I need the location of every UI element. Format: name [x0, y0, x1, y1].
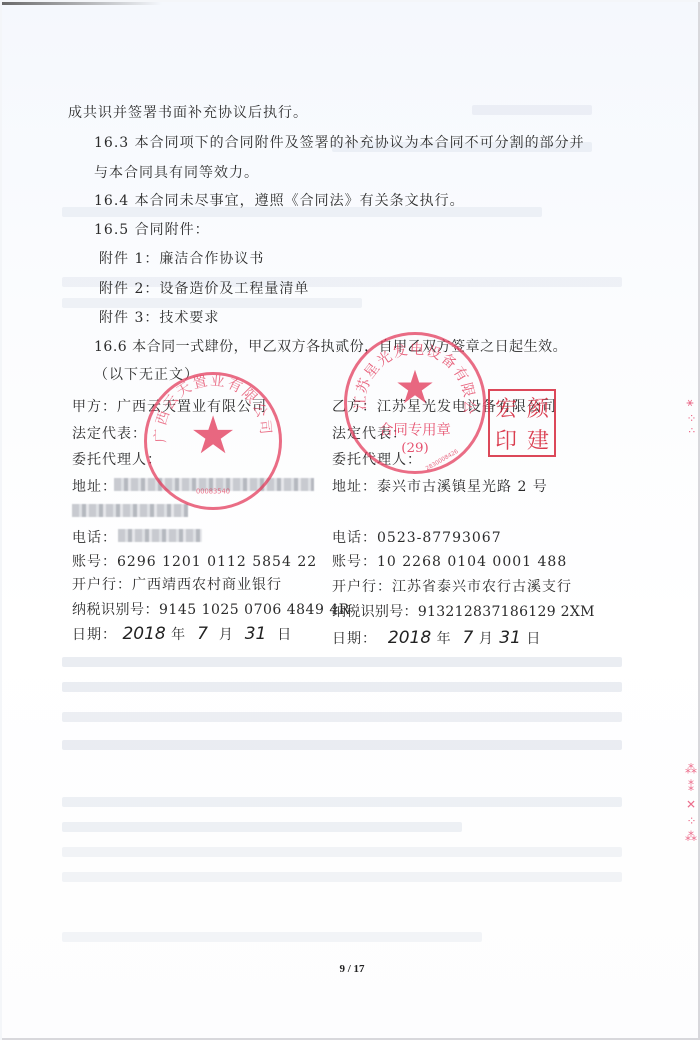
party-a-address-label: 地址：: [72, 476, 117, 496]
star-icon: ★: [394, 360, 435, 414]
party-a-account: 账号：6296 1201 0112 5854 22: [72, 551, 317, 571]
party-a-company-seal: 广西云天置业有限公司 00083540 ★: [144, 372, 282, 510]
handwritten-month: 7: [197, 624, 208, 644]
party-b-bank: 开户行：江苏省泰兴市农行古溪支行: [332, 576, 572, 596]
star-icon: ★: [190, 406, 237, 466]
clause-continuation: 成共识并签署书面补充协议后执行。: [68, 102, 308, 122]
bleed-through-text: [62, 847, 622, 857]
party-a-phone-redacted: [118, 529, 202, 542]
bleed-through-text: [62, 797, 622, 807]
handwritten-year: 2018: [388, 628, 431, 648]
bleed-through-text: [472, 105, 592, 115]
party-b-contract-seal: 江苏星光发电设备有限公司 合同专用章 (29) 2830008426 ★: [344, 332, 486, 474]
clause-16-6: 16.6 本合同一式肆份，甲乙双方各执贰份，自甲乙双方签章之日起生效。: [94, 336, 567, 356]
party-a-legal-rep: 法定代表：: [72, 423, 147, 443]
clause-16-5: 16.5 合同附件：: [94, 219, 210, 239]
handwritten-year: 2018: [122, 624, 165, 644]
clause-16-4: 16.4 本合同未尽事宜，遵照《合同法》有关条文执行。: [94, 190, 465, 210]
bleed-through-text: [62, 932, 482, 942]
party-b-address: 地址：泰兴市古溪镇星光路 2 号: [332, 476, 548, 496]
handwritten-day: 31: [245, 624, 267, 644]
party-a-bank: 开户行：广西靖西农村商业银行: [72, 574, 282, 594]
svg-text:合同专用章: 合同专用章: [379, 421, 451, 439]
svg-text:2830008426: 2830008426: [425, 449, 460, 471]
attachment-1: 附件 1：廉洁合作协议书: [99, 248, 264, 268]
clause-16-3-cont: 与本合同具有同等效力。: [94, 162, 259, 182]
seam-seal-fragment: ⚹ ⁘ ⁖: [682, 397, 698, 487]
party-a-tax-id: 纳税识别号：9145 1025 0706 4849 4R: [72, 599, 350, 619]
page-number: 9 / 17: [2, 963, 700, 975]
bleed-through-text: [62, 657, 622, 667]
scan-edge-shadow: [2, 2, 162, 5]
bleed-through-text: [62, 872, 622, 882]
attachment-2: 附件 2：设备造价及工程量清单: [99, 278, 309, 298]
svg-text:00083540: 00083540: [196, 488, 230, 496]
party-a-date: 日期： 2018 年 7 月 31 日: [72, 624, 292, 644]
party-b-account: 账号：10 2268 0104 0001 488: [332, 551, 567, 571]
attachment-3: 附件 3：技术要求: [99, 307, 219, 327]
bleed-through-text: [62, 682, 622, 692]
bleed-through-text: [62, 740, 622, 750]
party-a-phone-label: 电话：: [72, 527, 117, 547]
party-b-date: 日期： 2018 年 7 月 31 日: [332, 628, 541, 648]
bleed-through-text: [62, 712, 622, 722]
handwritten-day: 31: [499, 628, 521, 648]
personal-seal: 宏 颜 印 建: [488, 389, 556, 457]
bleed-through-text: [62, 822, 462, 832]
handwritten-month: 7: [463, 628, 474, 648]
party-b-phone: 电话：0523-87793067: [332, 527, 502, 547]
party-b-tax-id: 纳税识别号：913212837186129 2XM: [332, 601, 595, 621]
svg-text:(29): (29): [401, 441, 429, 456]
clause-16-3: 16.3 本合同项下的合同附件及签署的补充协议为本合同不可分割的部分并: [94, 132, 585, 152]
seam-seal-fragment: ⁂ ⁑ ✕ ⁘ ⁂: [682, 762, 698, 932]
document-page: 成共识并签署书面补充协议后执行。 16.3 本合同项下的合同附件及签署的补充协议…: [2, 2, 700, 1040]
